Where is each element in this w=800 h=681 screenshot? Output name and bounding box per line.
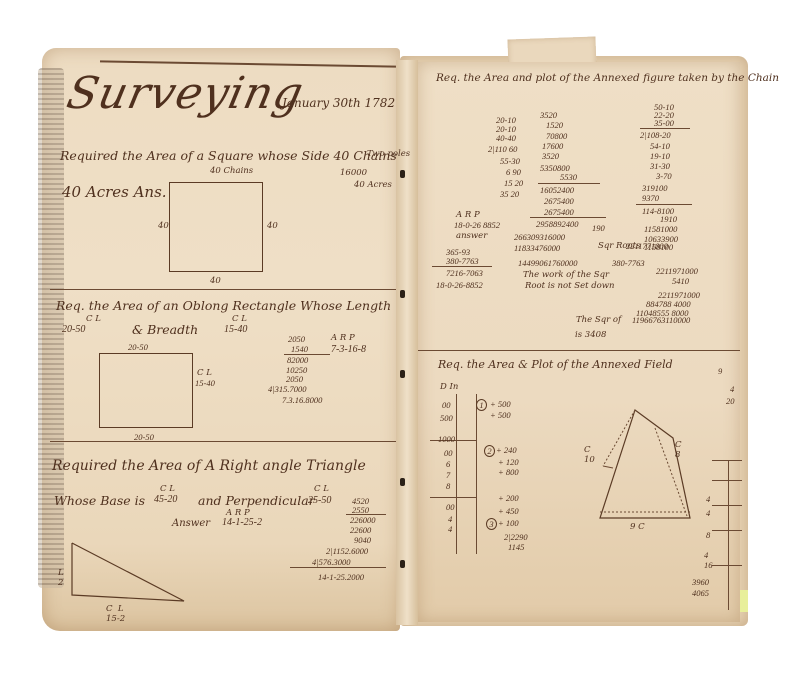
sq-root-result: 2211771000 <box>626 241 668 251</box>
plot-label-right: C 8 <box>675 440 682 460</box>
problem2-answer-units: A R P <box>331 333 355 343</box>
lower-table-header: D In <box>440 382 458 392</box>
col2-1: 1520 <box>546 120 563 130</box>
table-cell: 4 <box>448 514 452 524</box>
table-cell: 00 <box>444 448 453 458</box>
col1-3: 2|110 60 <box>488 144 517 154</box>
table-cell: 500 <box>440 413 453 423</box>
problem3-calc-5: 9040 <box>354 535 371 545</box>
group2-line1: + 240 <box>496 445 517 455</box>
table-cell: 7 <box>446 470 450 480</box>
left-calc-2: 7216-7063 <box>446 268 483 278</box>
group1-line2: + 500 <box>490 410 511 420</box>
square-side-left: 40 <box>158 221 169 231</box>
margin-number: 9 <box>718 366 722 376</box>
right-calc-0: 2211971000 <box>656 266 698 276</box>
table-cell: 6 <box>446 459 450 469</box>
big-number-3: 14499061760000 <box>518 258 578 268</box>
calc-rule <box>290 567 386 568</box>
problem2-calc-6: 4|315.7000 <box>268 384 306 394</box>
col3-7: 3-70 <box>656 171 672 181</box>
col2-9: 2675400 <box>544 207 574 217</box>
problem2-calc-1: 2050 <box>288 334 305 344</box>
field-plot-diagram <box>595 408 695 523</box>
left-calc-1: 380-7763 <box>446 256 479 266</box>
problem2-breadth-text: & Breadth <box>132 322 198 337</box>
sq-of-label: The Sqr of <box>576 315 621 325</box>
problem3-base: 45-20 <box>154 494 177 505</box>
sub-calc-1: 2|2290 <box>504 532 528 542</box>
table-cell: 1000 <box>438 434 455 444</box>
col3-5: 19-10 <box>650 151 670 161</box>
sq-root-value: 380-7763 <box>612 258 645 268</box>
answer-value: 18-0-26 8852 <box>454 220 500 230</box>
rectangle-right-label: 15-40 <box>195 378 215 388</box>
problem3-question-line1: Required the Area of A Right angle Trian… <box>52 458 366 474</box>
margin-number: 20 <box>726 396 735 406</box>
calc-rule <box>530 217 606 218</box>
col1-7: 35 20 <box>500 189 519 199</box>
plot-label-bottom: 9 C <box>630 522 645 532</box>
edge-number: 16 <box>704 560 713 570</box>
problem1-answer: 40 Acres Ans. <box>62 183 167 201</box>
problem2-calc-3: 82000 <box>287 355 308 365</box>
problem3-question-line2a: Whose Base is <box>54 493 145 508</box>
problem2-calc-7: 7.3.16.8000 <box>282 395 322 405</box>
calc-rule <box>640 128 690 129</box>
col2-6: 5530 <box>560 172 577 182</box>
problem2-length: 20-50 <box>62 324 85 335</box>
margin-number: 4 <box>730 384 734 394</box>
note-line2: Root is not Set down <box>525 281 615 291</box>
col1-4: 55-30 <box>500 156 520 166</box>
problem2-calc-2: 1540 <box>291 344 308 354</box>
problem3-calc-3: 226000 <box>350 515 376 525</box>
section-divider <box>50 289 396 290</box>
problem2-breadth: 15-40 <box>224 324 247 335</box>
square-diagram <box>169 182 263 272</box>
col2-8: 2675400 <box>544 196 574 206</box>
edge-number: 4 <box>706 494 710 504</box>
col2-0: 3520 <box>540 110 557 120</box>
table-line <box>456 394 457 554</box>
square-bottom-label: 40 <box>210 276 221 286</box>
col2-2: 70800 <box>546 131 567 141</box>
col2-11: 190 <box>592 223 605 233</box>
edge-number: 4065 <box>692 588 709 598</box>
problem3-answer: 14-1-25-2 <box>222 517 262 528</box>
problem1-calc-1: 16000 <box>340 168 367 178</box>
calc-rule <box>538 183 600 184</box>
col3-8: 319100 <box>642 183 668 193</box>
table-line <box>430 497 476 498</box>
edge-number: 8 <box>706 530 710 540</box>
section-divider <box>50 441 396 442</box>
problem3-question-line2b: and Perpendicular <box>198 493 315 508</box>
problem2-length-units: C L <box>86 314 101 324</box>
right-page <box>418 62 740 622</box>
big-number-1: 266309316000 <box>514 232 565 242</box>
table-cell: 8 <box>446 481 450 491</box>
problem3-base-units: C L <box>160 484 175 494</box>
group2-line2: + 120 <box>498 457 519 467</box>
problem1-calc-2: 40 Acres <box>354 180 392 190</box>
problem3-calc-8: 14-1-25.2000 <box>318 572 364 582</box>
right-section-divider <box>418 350 740 351</box>
problem2-question: Req. the Area of an Oblong Rectangle Who… <box>56 298 391 313</box>
stitch-hole <box>400 478 405 486</box>
page-date: January 30th 1782 <box>282 96 395 110</box>
table-cell: 00 <box>446 502 455 512</box>
group3-marker: 3 <box>486 518 497 530</box>
triangle-base-label: C L 15-2 <box>106 604 125 624</box>
edge-number: 4 <box>704 550 708 560</box>
rectangle-diagram <box>99 353 193 428</box>
plot-label-left: C 10 <box>584 445 595 465</box>
sq-of-extra: is 3408 <box>575 330 606 340</box>
col3-4: 54-10 <box>650 141 670 151</box>
col3-9: 9370 <box>642 193 659 203</box>
stitch-hole <box>400 560 405 568</box>
col3-3: 2|108-20 <box>640 130 671 140</box>
col2-3: 17600 <box>542 141 563 151</box>
stitch-hole <box>400 370 405 378</box>
right-calc-1: 5410 <box>672 276 689 286</box>
rectangle-top-label: 20-50 <box>128 342 148 352</box>
group3-line2: + 450 <box>498 506 519 516</box>
lower-header: Req. the Area & Plot of the Annexed Fiel… <box>438 358 673 371</box>
problem2-breadth-units: C L <box>232 314 247 324</box>
page-title: Surveying <box>63 68 309 119</box>
binding-spine <box>396 60 418 625</box>
group2-line3: + 800 <box>498 467 519 477</box>
answer-units: A R P <box>456 210 480 220</box>
rectangle-right-units: C L <box>197 368 212 378</box>
col1-5: 6 90 <box>506 167 521 177</box>
problem2-answer: 7-3-16-8 <box>331 344 366 355</box>
group2-marker: 2 <box>484 445 495 457</box>
triangle-side-label: L 2 <box>58 568 64 588</box>
right-header: Req. the Area and plot of the Annexed fi… <box>436 72 779 84</box>
group3-line1: + 200 <box>498 493 519 503</box>
grid-line <box>712 530 742 531</box>
col3-12: 11581000 <box>644 224 677 234</box>
col1-6: 15 20 <box>504 178 523 188</box>
col3-11: 1910 <box>660 214 677 224</box>
col2-4: 3520 <box>542 151 559 161</box>
problem3-calc-7: 4|576.3000 <box>312 557 350 567</box>
problem3-calc-6: 2|1152.6000 <box>326 546 368 556</box>
col2-7: 16052400 <box>540 185 574 195</box>
problem3-perp-units: C L <box>314 484 329 494</box>
grid-line <box>712 480 742 481</box>
big-number-2: 11833476000 <box>514 243 560 253</box>
group1-marker: 1 <box>476 399 487 411</box>
problem3-perp: 25-50 <box>308 495 331 506</box>
sq-of-value: 11966763110000 <box>632 315 690 325</box>
grid-line <box>712 565 742 566</box>
stitch-hole <box>400 170 405 178</box>
note-line1: The work of the Sqr <box>523 270 609 280</box>
answer-label: answer <box>456 231 487 241</box>
problem1-top-label: 40 Chains <box>210 166 253 176</box>
problem2-calc-5: 2050 <box>286 374 303 384</box>
yellow-slip <box>740 590 748 612</box>
stitch-hole <box>400 290 405 298</box>
grid-line <box>728 460 729 610</box>
col3-2: 35-00 <box>654 118 674 128</box>
triangle-diagram <box>60 535 190 615</box>
col1-2: 40-40 <box>496 133 516 143</box>
square-side-right: 40 <box>267 221 278 231</box>
calc-rule <box>636 204 692 205</box>
sub-calc-2: 1145 <box>508 542 524 552</box>
table-cell: 00 <box>442 400 451 410</box>
calc-rule <box>432 266 492 267</box>
group3-line3: + 100 <box>498 518 519 528</box>
table-line <box>476 394 477 554</box>
problem3-answer-label: Answer <box>172 518 210 529</box>
table-cell: 4 <box>448 524 452 534</box>
edge-number: 4 <box>706 508 710 518</box>
problem1-margin-note: Two poles <box>367 149 410 159</box>
left-calc-3: 18-0-26-8852 <box>436 280 483 290</box>
grid-line <box>712 460 742 461</box>
edge-number: 3960 <box>692 577 709 587</box>
col2-10: 2958892400 <box>536 219 579 229</box>
grid-line <box>712 505 742 506</box>
col3-6: 31-30 <box>650 161 670 171</box>
problem3-calc-4: 22600 <box>350 525 371 535</box>
problem1-question: Required the Area of a Square whose Side… <box>60 148 397 163</box>
group1-line1: + 500 <box>490 399 511 409</box>
